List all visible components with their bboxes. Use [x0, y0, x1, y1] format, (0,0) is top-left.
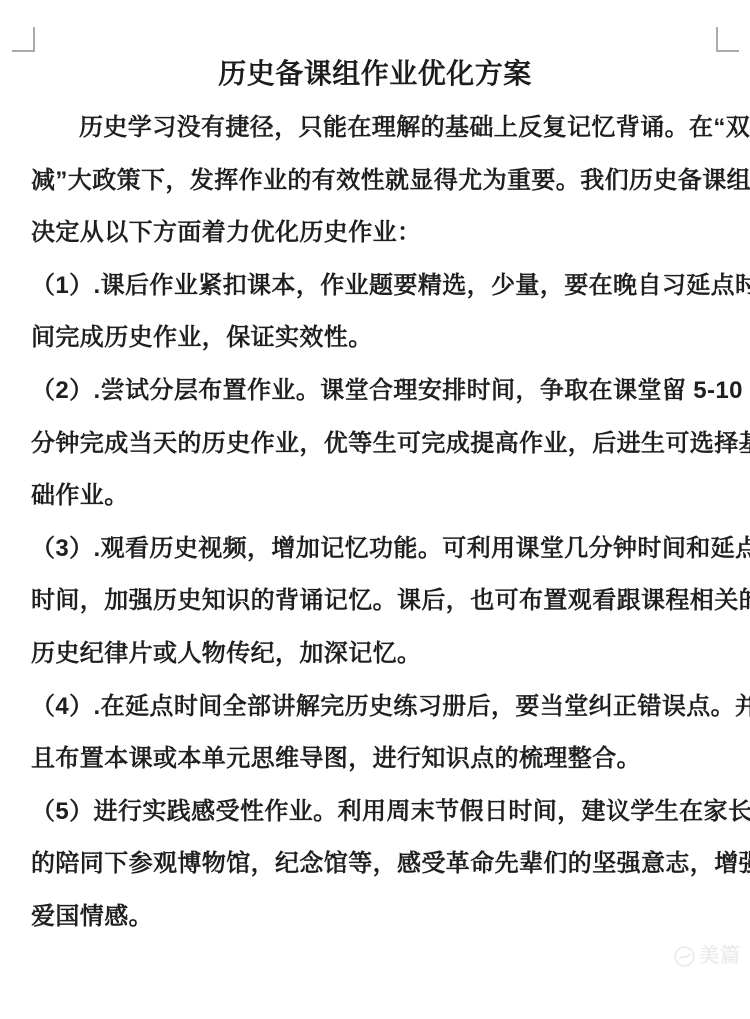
paragraph: 历史学习没有捷径，只能在理解的基础上反复记忆背诵。在“双减”大政策下，发挥作业的…	[31, 102, 719, 260]
text-line: （5）进行实践感受性作业。利用周末节假日时间，建议学生在家长	[31, 786, 719, 839]
text-line: 减”大政策下，发挥作业的有效性就显得尤为重要。我们历史备课组	[31, 155, 719, 208]
text-line: （3）.观看历史视频，增加记忆功能。可利用课堂几分钟时间和延点	[31, 523, 719, 576]
watermark: 美篇	[674, 945, 741, 967]
document-page: 历史备课组作业优化方案 历史学习没有捷径，只能在理解的基础上反复记忆背诵。在“双…	[0, 0, 750, 1019]
text-line: 爱国情感。	[31, 891, 719, 944]
text-line: （4）.在延点时间全部讲解完历史练习册后，要当堂纠正错误点。并	[31, 681, 719, 734]
paragraph: （4）.在延点时间全部讲解完历史练习册后，要当堂纠正错误点。并且布置本课或本单元…	[31, 681, 719, 786]
text-line: 历史学习没有捷径，只能在理解的基础上反复记忆背诵。在“双	[31, 102, 719, 155]
text-line: （2）.尝试分层布置作业。课堂合理安排时间，争取在课堂留 5-10	[31, 365, 719, 418]
watermark-text: 美篇	[699, 945, 741, 967]
text-line: 时间，加强历史知识的背诵记忆。课后，也可布置观看跟课程相关的	[31, 575, 719, 628]
text-line: 的陪同下参观博物馆，纪念馆等，感受革命先辈们的坚强意志，增强	[31, 838, 719, 891]
text-line: 决定从以下方面着力优化历史作业：	[31, 207, 719, 260]
paragraph: （5）进行实践感受性作业。利用周末节假日时间，建议学生在家长的陪同下参观博物馆，…	[31, 786, 719, 944]
meipian-logo-icon	[674, 946, 695, 967]
text-line: 且布置本课或本单元思维导图，进行知识点的梳理整合。	[31, 733, 719, 786]
text-line: 间完成历史作业，保证实效性。	[31, 312, 719, 365]
paragraph: （1）.课后作业紧扣课本，作业题要精选，少量，要在晚自习延点时间完成历史作业，保…	[31, 260, 719, 365]
text-line: 历史纪律片或人物传纪，加深记忆。	[31, 628, 719, 681]
page-corner-mark-top-right	[716, 27, 739, 52]
paragraph: （3）.观看历史视频，增加记忆功能。可利用课堂几分钟时间和延点时间，加强历史知识…	[31, 523, 719, 681]
document-body: 历史学习没有捷径，只能在理解的基础上反复记忆背诵。在“双减”大政策下，发挥作业的…	[31, 102, 719, 944]
paragraph: （2）.尝试分层布置作业。课堂合理安排时间，争取在课堂留 5-10分钟完成当天的…	[31, 365, 719, 523]
text-line: （1）.课后作业紧扣课本，作业题要精选，少量，要在晚自习延点时	[31, 260, 719, 313]
page-corner-mark-top-left	[12, 27, 35, 52]
text-line: 础作业。	[31, 470, 719, 523]
document-title: 历史备课组作业优化方案	[0, 56, 750, 92]
text-line: 分钟完成当天的历史作业，优等生可完成提高作业，后进生可选择基	[31, 418, 719, 471]
